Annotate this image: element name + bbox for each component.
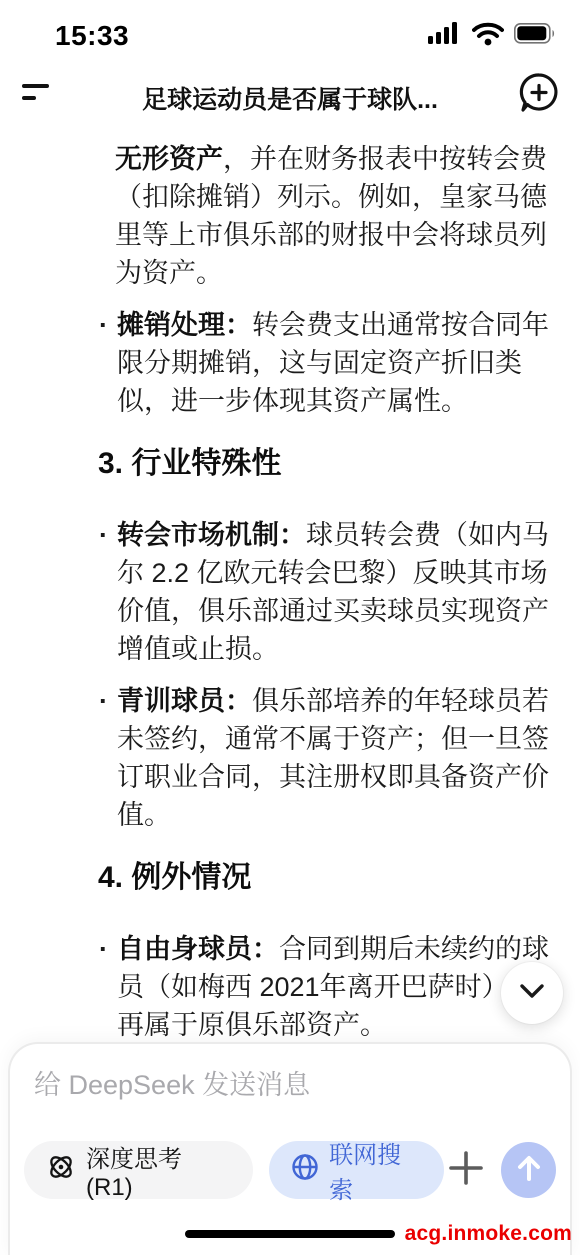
message-input[interactable] [34, 1070, 534, 1101]
attach-button[interactable] [444, 1148, 487, 1192]
atom-icon [46, 1152, 76, 1189]
assistant-message: 无形资产，并在财务报表中按转会费（扣除摊销）列示。例如，皇家马德里等上市俱乐部的… [98, 140, 558, 1148]
battery-icon [514, 23, 556, 50]
signal-icon [428, 22, 462, 51]
globe-icon [291, 1153, 319, 1188]
clock: 15:33 [55, 20, 129, 52]
section-heading: 3. 行业特殊性 [98, 442, 558, 486]
bullet-marker: · [99, 682, 108, 720]
web-search-label: 联网搜索 [329, 1135, 422, 1205]
bullet-marker: · [99, 930, 108, 968]
chevron-down-icon [518, 982, 546, 1005]
deep-think-toggle[interactable]: 深度思考 (R1) [24, 1141, 253, 1199]
watermark: acg.inmoke.com [405, 1222, 572, 1246]
bullet-marker: · [99, 516, 108, 554]
deep-think-label: 深度思考 (R1) [86, 1139, 231, 1202]
conversation-title: 足球运动员是否属于球队... [80, 80, 500, 116]
list-item: · 转会市场机制：球员转会费（如内马尔 2.2 亿欧元转会巴黎）反映其市场价值，… [98, 516, 558, 668]
list-item: · 青训球员：俱乐部培养的年轻球员若未签约，通常不属于资产；但一旦签订职业合同，… [98, 682, 558, 834]
section-heading: 4. 例外情况 [98, 856, 558, 900]
plus-icon [446, 1148, 486, 1193]
chat-header: 足球运动员是否属于球队... [0, 62, 580, 132]
new-chat-icon[interactable] [516, 70, 562, 116]
arrow-up-icon [516, 1154, 542, 1187]
paragraph: 无形资产，并在财务报表中按转会费（扣除摊销）列示。例如，皇家马德里等上市俱乐部的… [115, 140, 558, 292]
bullet-marker: · [99, 306, 108, 344]
send-button[interactable] [501, 1142, 556, 1198]
list-item: · 摊销处理：转会费支出通常按合同年限分期摊销，这与固定资产折旧类似，进一步体现… [98, 306, 558, 420]
wifi-icon [472, 22, 504, 51]
home-indicator[interactable] [185, 1230, 395, 1238]
list-item: · 自由身球员：合同到期后未续约的球员（如梅西 2021年离开巴萨时）不再属于原… [98, 930, 558, 1044]
web-search-toggle[interactable]: 联网搜索 [269, 1141, 444, 1199]
menu-icon[interactable] [22, 82, 52, 104]
status-bar: 15:33 [0, 0, 580, 58]
scroll-to-bottom-button[interactable] [501, 962, 563, 1024]
